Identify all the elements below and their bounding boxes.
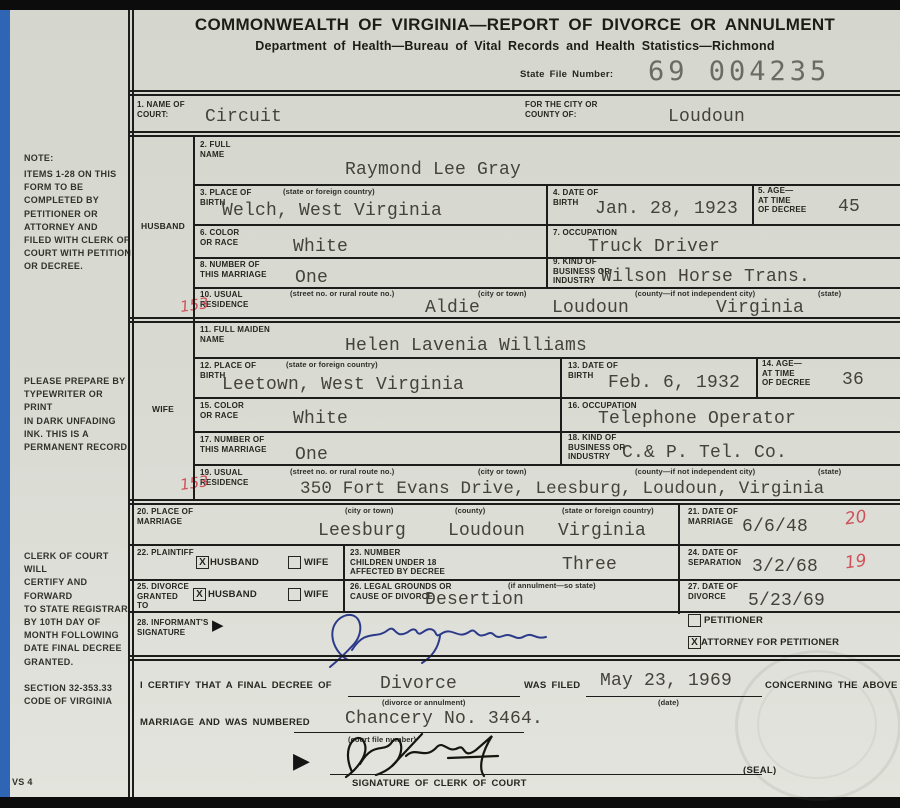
filed-date-hint: (date) <box>658 699 679 708</box>
pom-hint-city: (city or town) <box>345 507 393 516</box>
county-label: FOR THE CITY OR COUNTY OF: <box>525 100 598 119</box>
margin-section-note: SECTION 32-353.33 CODE OF VIRGINIA <box>24 682 134 708</box>
form-rule <box>348 696 520 697</box>
pom-hint-state: (state or foreign country) <box>562 507 654 516</box>
form-rule <box>130 655 900 657</box>
husband-dob: Jan. 28, 1923 <box>595 200 738 218</box>
state-file-number: 69 004235 <box>648 56 830 87</box>
husband-residence-state: Virginia <box>716 299 804 317</box>
certify-text-1: I CERTIFY THAT A FINAL DECREE OF <box>140 680 332 691</box>
wife-pob-hint: (state or foreign country) <box>286 361 378 370</box>
wife-occupation: Telephone Operator <box>598 410 796 428</box>
form-rule <box>330 774 762 775</box>
date-of-divorce-label: 27. DATE OF DIVORCE <box>688 582 738 601</box>
plaintiff-wife-label: WIFE <box>304 557 329 568</box>
husband-residence-hint-state: (state) <box>818 290 841 299</box>
date-of-marriage-label: 21. DATE OF MARRIAGE <box>688 507 738 526</box>
wife-name-label: 11. FULL MAIDEN NAME <box>200 325 270 344</box>
form-rule <box>130 90 900 92</box>
wife-race: White <box>293 410 348 428</box>
wife-marriage-no-label: 17. NUMBER OF THIS MARRIAGE <box>200 435 267 454</box>
scan-bottom-edge <box>0 797 900 808</box>
form-rule <box>546 184 548 287</box>
dom-red-annotation: 20 <box>844 507 868 530</box>
granted-wife-label: WIFE <box>304 589 329 600</box>
granted-wife-checkbox <box>288 588 301 601</box>
form-rule <box>130 611 900 613</box>
form-rule <box>193 464 900 466</box>
granted-label: 25. DIVORCE GRANTED TO <box>137 582 189 611</box>
attorney-label: ATTORNEY FOR PETITIONER <box>701 637 839 648</box>
husband-dob-label: 4. DATE OF BIRTH <box>553 188 598 207</box>
form-rule <box>193 431 900 433</box>
form-rule <box>193 357 900 359</box>
wife-residence-hint-county: (county—if not independent city) <box>635 468 755 477</box>
husband-residence-city: Aldie <box>425 299 480 317</box>
wife-residence-hint-city: (city or town) <box>478 468 526 477</box>
plaintiff-husband-label: HUSBAND <box>210 557 259 568</box>
date-of-divorce: 5/23/69 <box>748 592 825 610</box>
margin-note-title: NOTE: <box>24 152 134 165</box>
sep-red-annotation: 19 <box>844 551 868 574</box>
wife-industry: C.& P. Tel. Co. <box>622 444 787 462</box>
certify-text-3: CONCERNING THE ABOVE <box>765 680 898 691</box>
margin-clerk-note: CLERK OF COURT WILL CERTIFY AND FORWARD … <box>24 550 134 669</box>
husband-race: White <box>293 238 348 256</box>
pom-city: Leesburg <box>318 522 406 540</box>
wife-residence: 350 Fort Evans Drive, Leesburg, Loudoun,… <box>300 480 824 498</box>
granted-husband-checkbox: X <box>193 588 206 601</box>
margin-prepare-note: PLEASE PREPARE BY TYPEWRITER OR PRINT IN… <box>24 375 134 454</box>
form-rule <box>130 94 900 96</box>
wife-age-label: 14. AGE— AT TIME OF DECREE <box>762 359 810 388</box>
form-rule <box>130 135 900 137</box>
state-file-label: State File Number: <box>520 69 613 80</box>
form-rule <box>752 184 754 224</box>
wife-pob: Leetown, West Virginia <box>222 376 464 394</box>
form-rule <box>193 397 900 399</box>
form-rule <box>678 503 680 614</box>
form-rule <box>130 659 900 661</box>
husband-pob: Welch, West Virginia <box>222 202 442 220</box>
husband-marriage-no-label: 8. NUMBER OF THIS MARRIAGE <box>200 260 267 279</box>
wife-marriage-no: One <box>295 446 328 464</box>
granted-husband-label: HUSBAND <box>208 589 257 600</box>
court-label: 1. NAME OF COURT: <box>137 100 185 119</box>
husband-marriage-no: One <box>295 269 328 287</box>
form-rule <box>128 10 130 797</box>
form-rule <box>130 544 900 546</box>
court-value: Circuit <box>205 108 282 126</box>
husband-age: 45 <box>838 198 860 216</box>
informant-label: 28. INFORMANT'S SIGNATURE <box>137 618 209 637</box>
husband-age-label: 5. AGE— AT TIME OF DECREE <box>758 186 806 215</box>
informant-arrow-icon: ▶ <box>212 616 224 634</box>
form-rule <box>193 184 900 186</box>
pom-county: Loudoun <box>448 522 525 540</box>
children-label: 23. NUMBER CHILDREN UNDER 18 AFFECTED BY… <box>350 548 445 577</box>
husband-residence-county: Loudoun <box>552 299 629 317</box>
form-rule <box>132 10 134 797</box>
husband-residence-hint-city: (city or town) <box>478 290 526 299</box>
wife-side-label: WIFE <box>134 405 192 415</box>
form-rule <box>130 499 900 501</box>
date-of-marriage: 6/6/48 <box>742 518 808 536</box>
separation-date: 3/2/68 <box>752 558 818 576</box>
plaintiff-husband-checkbox: X <box>196 556 209 569</box>
wife-residence-hint-state: (state) <box>818 468 841 477</box>
form-rule <box>193 257 900 259</box>
petitioner-checkbox <box>688 614 701 627</box>
plaintiff-label: 22. PLAINTIFF <box>137 548 194 558</box>
husband-race-label: 6. COLOR OR RACE <box>200 228 239 247</box>
wife-age: 36 <box>842 371 864 389</box>
form-title: COMMONWEALTH OF VIRGINIA—REPORT OF DIVOR… <box>130 15 900 35</box>
wife-dob: Feb. 6, 1932 <box>608 374 740 392</box>
wife-residence-hint-street: (street no. or rural route no.) <box>290 468 394 477</box>
husband-industry: Wilson Horse Trans. <box>601 268 810 286</box>
wife-name: Helen Lavenia Williams <box>345 337 587 355</box>
wife-race-label: 15. COLOR OR RACE <box>200 401 244 420</box>
husband-name: Raymond Lee Gray <box>345 161 521 179</box>
form-rule <box>756 357 758 397</box>
form-rule <box>130 131 900 133</box>
form-rule <box>560 357 562 464</box>
form-rule <box>130 321 900 323</box>
children-value: Three <box>562 556 617 574</box>
husband-side-label: HUSBAND <box>134 222 192 232</box>
clerk-signature-label: SIGNATURE OF CLERK OF COURT <box>352 778 527 789</box>
scan-top-edge <box>0 0 900 10</box>
plaintiff-wife-checkbox <box>288 556 301 569</box>
certify-text-4: MARRIAGE AND WAS NUMBERED <box>140 717 310 728</box>
petitioner-label: PETITIONER <box>704 615 763 626</box>
binder-edge <box>0 10 10 797</box>
pom-hint-county: (county) <box>455 507 485 516</box>
clerk-arrow-icon: ▶ <box>293 748 310 774</box>
form-rule <box>586 696 762 697</box>
separation-label: 24. DATE OF SEPARATION <box>688 548 741 567</box>
county-value: Loudoun <box>668 108 745 126</box>
form-rule <box>193 224 900 226</box>
form-rule <box>193 287 900 289</box>
form-subtitle: Department of Health—Bureau of Vital Rec… <box>130 39 900 53</box>
form-code: VS 4 <box>12 776 122 789</box>
form-rule <box>130 503 900 505</box>
husband-residence-hint-street: (street no. or rural route no.) <box>290 290 394 299</box>
certify-text-2: WAS FILED <box>524 680 580 691</box>
place-of-marriage-label: 20. PLACE OF MARRIAGE <box>137 507 193 526</box>
husband-occupation: Truck Driver <box>588 238 720 256</box>
husband-name-label: 2. FULL NAME <box>200 140 231 159</box>
decree-type-hint: (divorce or annulment) <box>382 699 465 708</box>
form-rule <box>343 544 345 611</box>
filed-date: May 23, 1969 <box>600 672 732 690</box>
decree-type: Divorce <box>380 675 457 693</box>
husband-pob-hint: (state or foreign country) <box>283 188 375 197</box>
attorney-checkbox: X <box>688 636 701 649</box>
margin-note-body: ITEMS 1-28 ON THIS FORM TO BE COMPLETED … <box>24 168 134 274</box>
divorce-report-scan: NOTE: ITEMS 1-28 ON THIS FORM TO BE COMP… <box>0 0 900 808</box>
form-rule <box>130 579 900 581</box>
pom-state: Virginia <box>558 522 646 540</box>
form-rule <box>294 732 524 733</box>
form-rule <box>130 317 900 319</box>
wife-industry-label: 18. KIND OF BUSINESS OR INDUSTRY <box>568 433 625 462</box>
